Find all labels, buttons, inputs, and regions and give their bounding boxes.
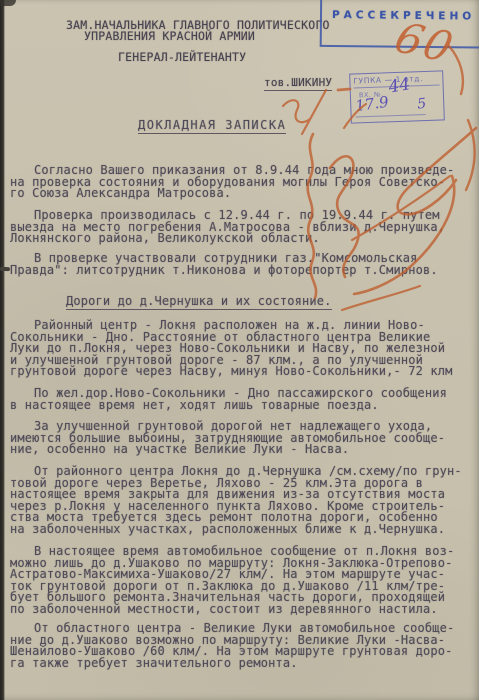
paragraph: Проверка производилась с 12.9.44 г. по 1… <box>10 210 475 245</box>
typed-line: грунтовой дороге через Насву, минуя Ново… <box>10 366 475 378</box>
typed-line: го Союза Александра Матросова. <box>10 188 475 200</box>
handwritten-date: 17.9 <box>354 93 390 115</box>
paragraph: По жел.дор.Ново-Сокольники - Дно пассажи… <box>10 388 475 411</box>
header-recipient-rank: ГЕНЕРАЛ-ЛЕЙТЕНАНТУ <box>118 50 246 64</box>
typed-line: по заболоченной местности, состоит из де… <box>10 604 475 616</box>
scan-corner-smudge <box>0 0 16 6</box>
registration-stamp: ГУПКА — 1 отд. ВХ. №. 44 17.9 5 <box>349 70 445 123</box>
typed-line: в настоящее время нет, ходят лишь товарн… <box>10 400 475 412</box>
section-heading: Дороги до д.Чернушка и их состояние. <box>10 296 475 308</box>
handwritten-extra-number: 5 <box>416 96 427 113</box>
typed-line: Локнянского района, Великолукской област… <box>10 233 475 245</box>
header-recipient-line2: УПРАВЛЕНИЯ КРАСНОЙ АРМИИ <box>84 29 255 43</box>
typed-line: на заболоченных участках, расположенных … <box>10 524 475 536</box>
document-title: ДОКЛАДНАЯ ЗАПИСКА <box>138 118 286 132</box>
scan-edge-mark <box>0 267 10 272</box>
typed-line: га также требует значительного ремонта. <box>10 658 475 670</box>
paragraph: Согласно Вашего приказания от 8.9.44 год… <box>10 165 475 200</box>
typed-line: Правда": литсотрудник т.Никонова и фотор… <box>10 265 475 277</box>
paragraph: За улучшенной грунтовой дорогой нет надл… <box>10 421 475 456</box>
paragraph: От районного центра Локня до д.Чернушка … <box>10 466 475 536</box>
paragraph: Районный центр - Локня расположен на ж.д… <box>10 320 475 378</box>
paragraph: От областного центра - Великие Луки авто… <box>10 623 475 669</box>
typed-line: ние, особенно на участке Великие Луки - … <box>10 444 475 456</box>
header-addressee: тов.ШИКИНУ <box>264 76 332 89</box>
scan-edge-shadow <box>0 0 5 700</box>
section-heading-text: Дороги до д.Чернушка и их состояние. <box>10 296 475 308</box>
paragraph: В проверке участвовали сотрудники газ."К… <box>10 253 475 276</box>
paragraph: В настоящее время автомобильное сообщени… <box>10 546 475 616</box>
scanned-document-page: ЗАМ.НАЧАЛЬНИКА ГЛАВНОГО ПОЛИТИЧЕСКОГО УП… <box>0 0 479 700</box>
registration-stamp-rule <box>356 114 426 117</box>
handwritten-incoming-number: 44 <box>387 74 412 97</box>
